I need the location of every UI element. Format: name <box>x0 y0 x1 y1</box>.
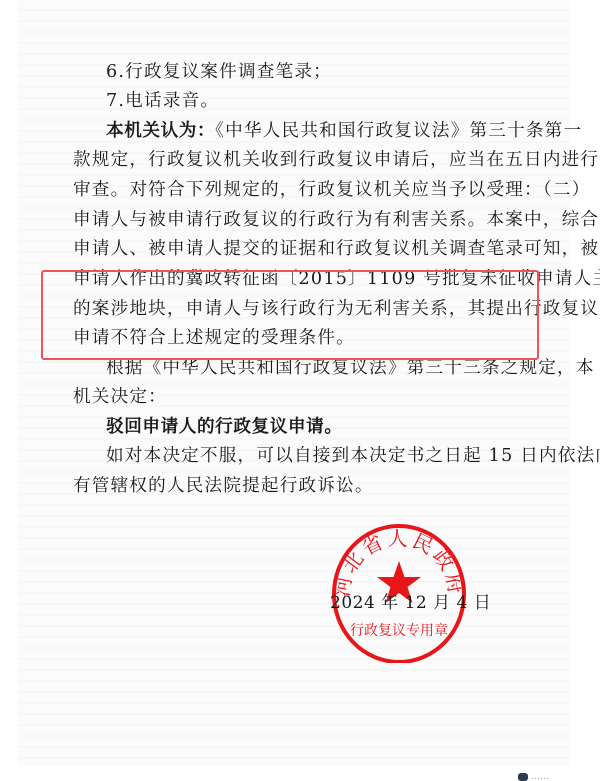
text-line-3: 本机关认为：《中华人民共和国行政复议法》第三十条第一 <box>106 116 576 146</box>
text-line-2: 7.电话录音。 <box>106 86 576 116</box>
text-line-7: 申请人、被申请人提交的证据和行政复议机关调查笔录可知，被 <box>73 234 543 264</box>
text-line-5: 审查。对符合下列规定的，行政复议机关应当予以受理：（二） <box>73 175 543 205</box>
text-line-12: 机关决定： <box>73 382 543 412</box>
text-line-6: 申请人与被申请行政复议的行政行为有利害关系。本案中，综合 <box>73 205 543 235</box>
text-line-4: 款规定，行政复议机关收到行政复议申请后，应当在五日内进行 <box>73 145 543 175</box>
document-page: 6.行政复议案件调查笔录； 7.电话录音。 本机关认为：《中华人民共和国行政复议… <box>18 0 570 766</box>
svg-text:行政复议专用章: 行政复议专用章 <box>350 622 448 639</box>
highlight-box <box>41 270 539 360</box>
text-line-1: 6.行政复议案件调查笔录； <box>106 57 576 87</box>
text-line-14: 如对本决定不服，可以自接到本决定书之日起 15 日内依法向 <box>106 441 576 471</box>
text-line-15: 有管辖权的人民法院提起行政诉讼。 <box>73 471 543 501</box>
decision-line: 驳回申请人的行政复议申请。 <box>106 412 576 442</box>
bold-lead-in: 本机关认为： <box>106 121 215 141</box>
decision-date: 2024 年 12 月 4 日 <box>330 589 491 617</box>
watermark: …… <box>518 772 549 781</box>
watermark-logo-icon <box>518 773 528 781</box>
